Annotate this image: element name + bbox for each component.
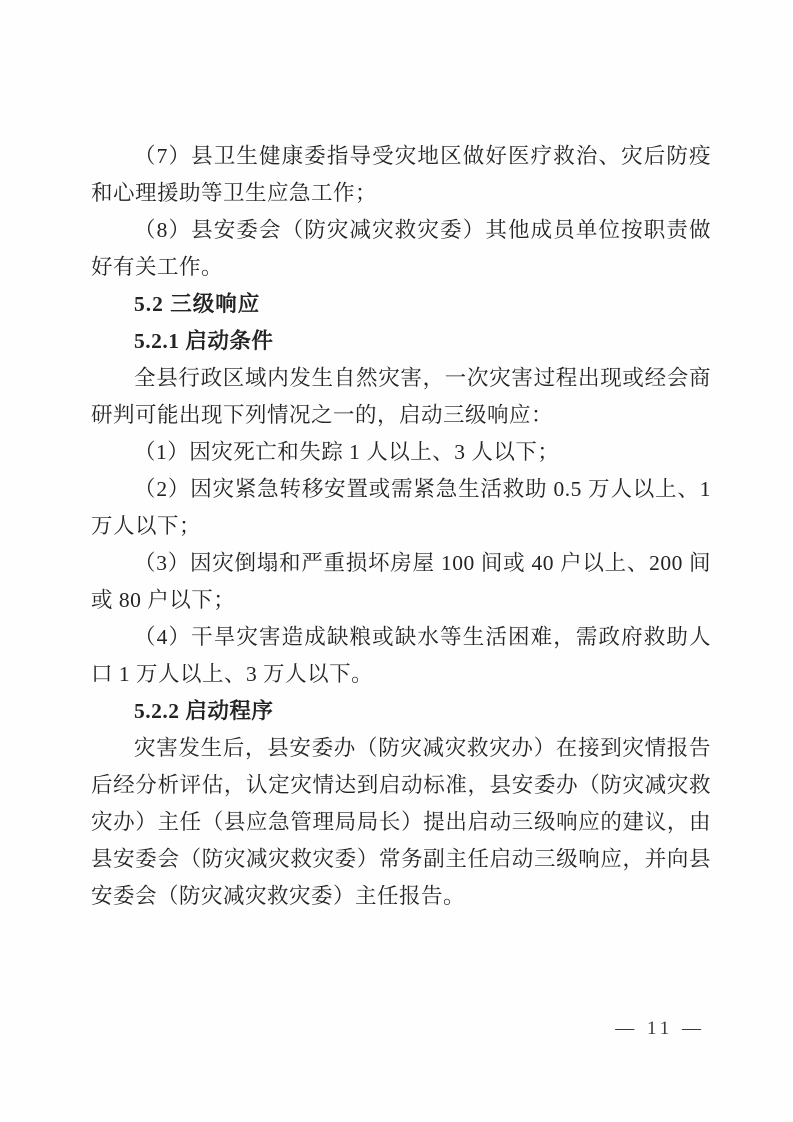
paragraph: （8）县安委会（防灾减灾救灾委）其他成员单位按职责做好有关工作。: [91, 212, 711, 286]
section-heading: 5.2 三级响应: [91, 286, 711, 323]
paragraph: 灾害发生后，县安委办（防灾减灾救灾办）在接到灾情报告后经分析评估，认定灾情达到启…: [91, 730, 711, 915]
paragraph: （1）因灾死亡和失踪 1 人以上、3 人以下；: [91, 434, 711, 471]
document-page: （7）县卫生健康委指导受灾地区做好医疗救治、灾后防疫和心理援助等卫生应急工作；（…: [0, 0, 793, 1122]
section-heading: 5.2.2 启动程序: [91, 693, 711, 730]
document-content: （7）县卫生健康委指导受灾地区做好医疗救治、灾后防疫和心理援助等卫生应急工作；（…: [91, 138, 711, 915]
page-number: — 11 —: [615, 1018, 705, 1040]
paragraph: （2）因灾紧急转移安置或需紧急生活救助 0.5 万人以上、1 万人以下；: [91, 471, 711, 545]
paragraph: （4）干旱灾害造成缺粮或缺水等生活困难，需政府救助人口 1 万人以上、3 万人以…: [91, 619, 711, 693]
paragraph: （7）县卫生健康委指导受灾地区做好医疗救治、灾后防疫和心理援助等卫生应急工作；: [91, 138, 711, 212]
paragraph: 全县行政区域内发生自然灾害，一次灾害过程出现或经会商研判可能出现下列情况之一的，…: [91, 360, 711, 434]
section-heading: 5.2.1 启动条件: [91, 323, 711, 360]
paragraph: （3）因灾倒塌和严重损坏房屋 100 间或 40 户以上、200 间或 80 户…: [91, 545, 711, 619]
